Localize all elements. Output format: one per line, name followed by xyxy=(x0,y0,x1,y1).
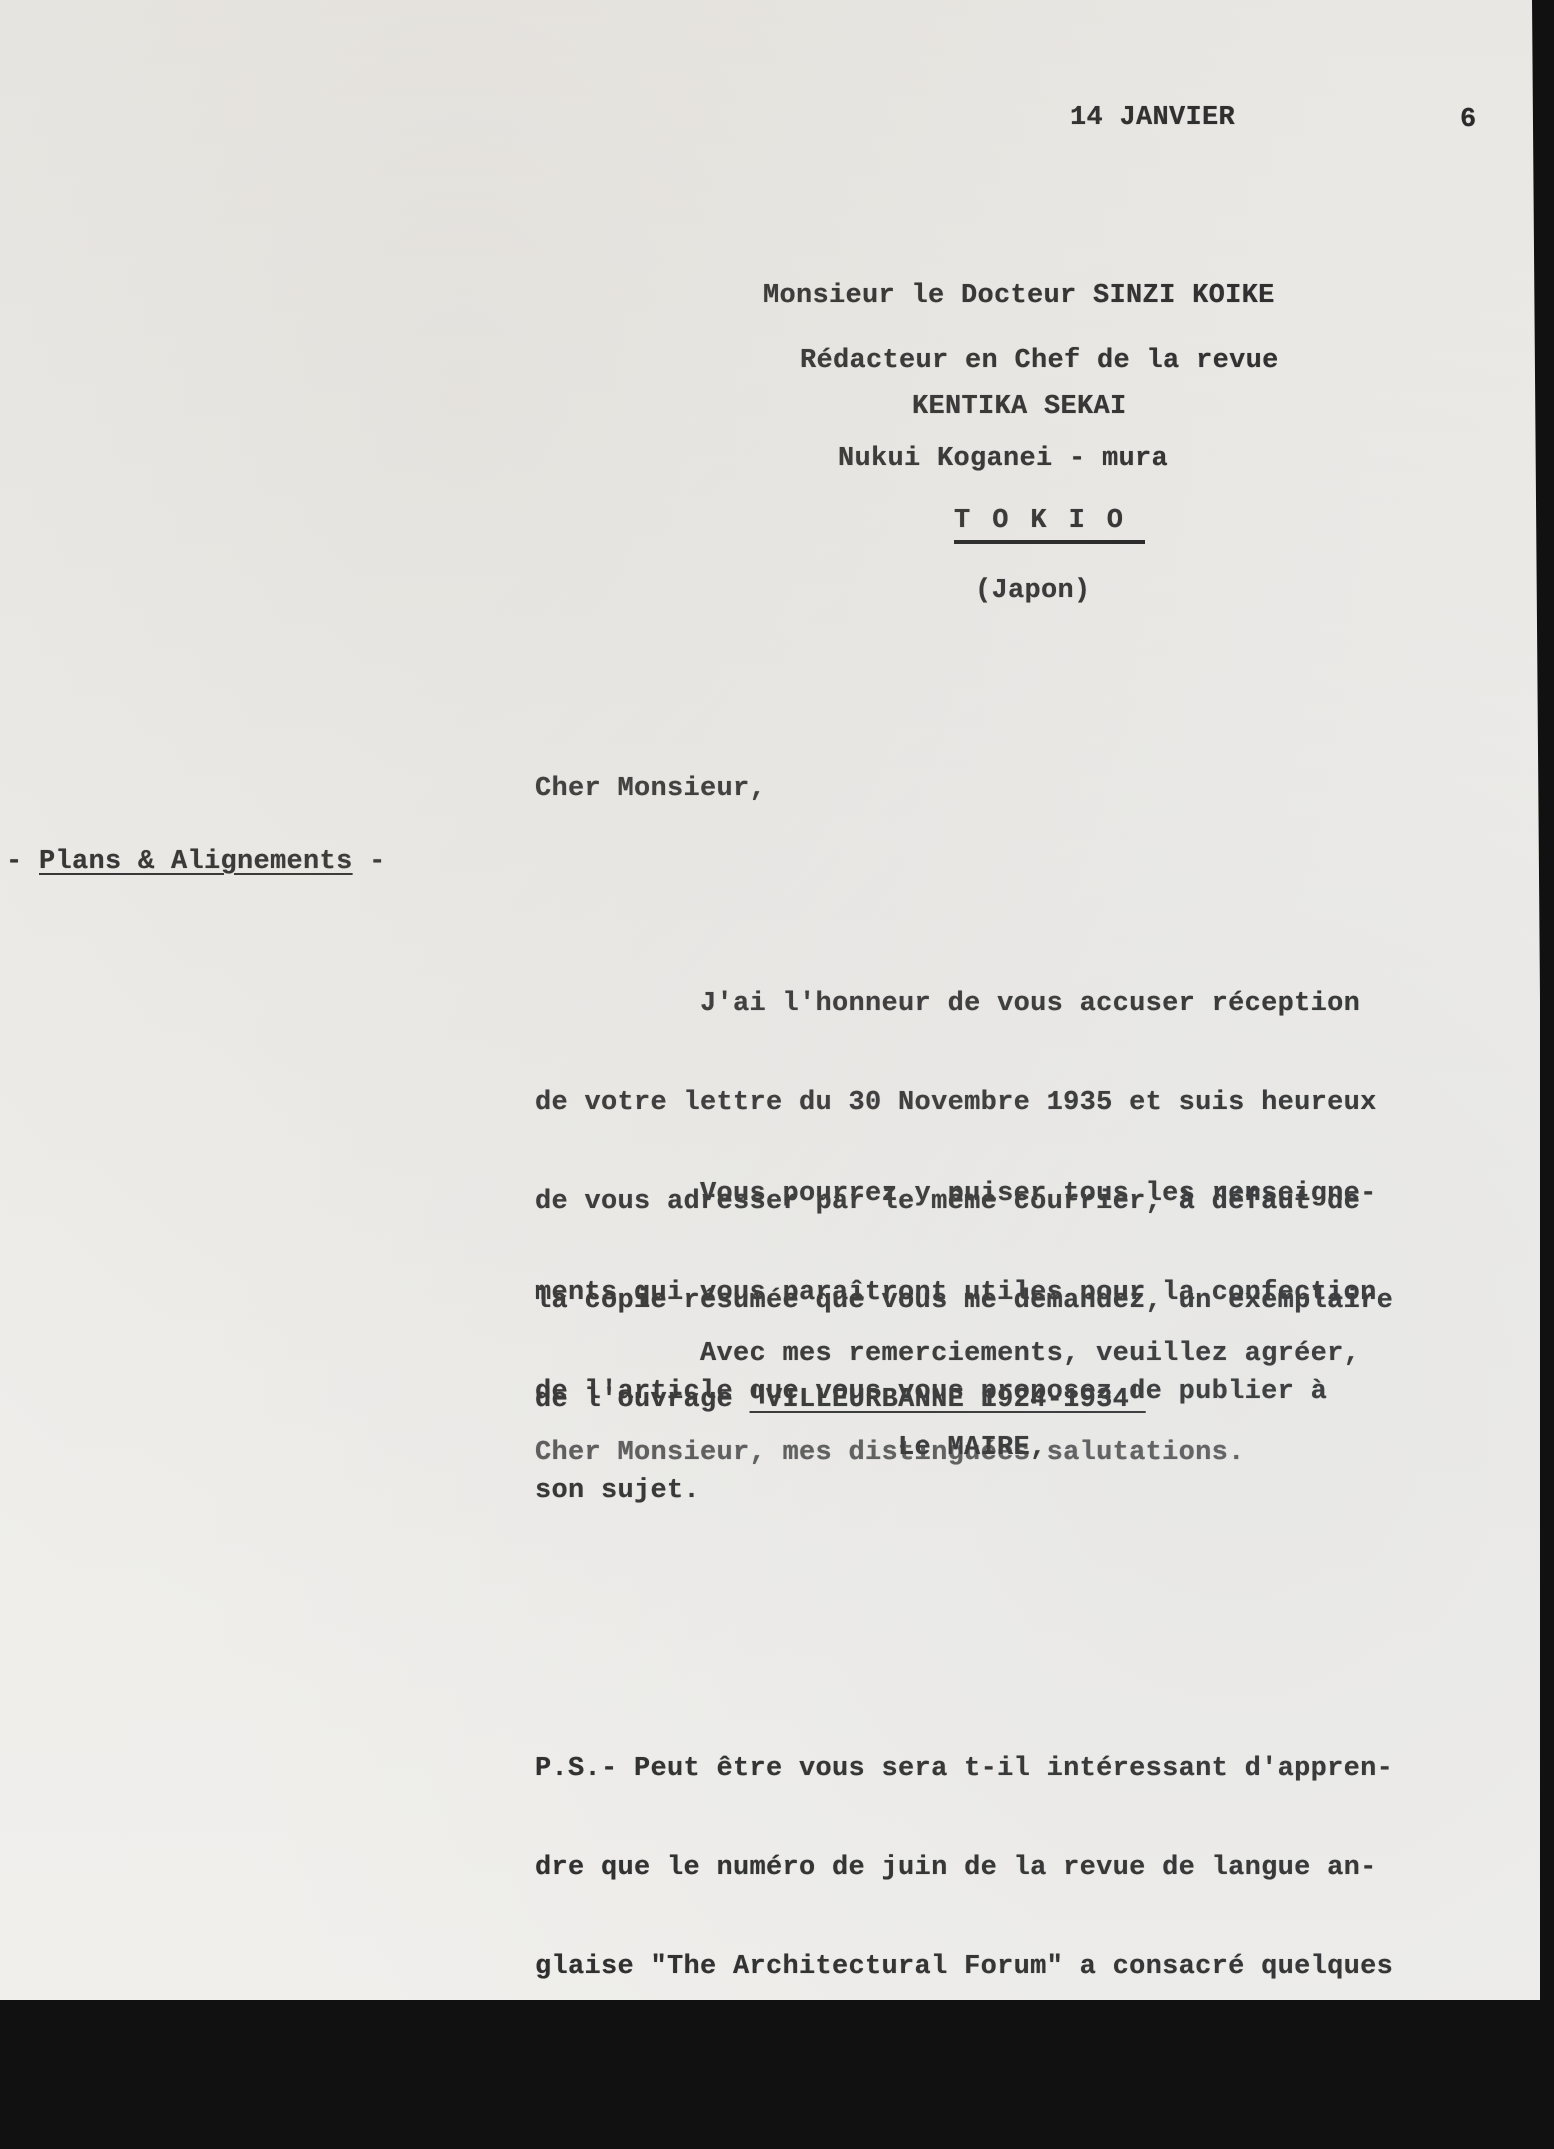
reference-prefix: - xyxy=(6,847,39,877)
body-line: Avec mes remerciements, veuillez agréer, xyxy=(535,1338,1525,1371)
letter-page: 14 JANVIER 6 Monsieur le Docteur SINZI K… xyxy=(0,0,1540,2000)
postscript-line: glaise "The Architectural Forum" a consa… xyxy=(535,1951,1525,1984)
body-line: Vous pourrez y puiser tous les renseigne… xyxy=(535,1178,1525,1211)
body-paragraph-3: Avec mes remerciements, veuillez agréer,… xyxy=(535,1272,1525,1536)
postscript: P.S.- Peut être vous sera t-il intéressa… xyxy=(535,1687,1525,2000)
recipient-city: TOKIO xyxy=(954,505,1145,544)
reference-suffix: - xyxy=(353,847,386,877)
recipient-address: Nukui Koganei - mura xyxy=(838,443,1168,476)
salutation: Cher Monsieur, xyxy=(535,773,766,806)
page-number: 6 xyxy=(1460,104,1477,137)
postscript-line: P.S.- Peut être vous sera t-il intéressa… xyxy=(535,1753,1525,1786)
body-line: J'ai l'honneur de vous accuser réception xyxy=(535,988,1525,1021)
reference-note: - Plans & Alignements - xyxy=(6,846,386,879)
postscript-line: dre que le numéro de juin de la revue de… xyxy=(535,1852,1525,1885)
recipient-title: Rédacteur en Chef de la revue xyxy=(800,345,1279,378)
recipient-publication: KENTIKA SEKAI xyxy=(912,391,1127,424)
signature: Le MAIRE, xyxy=(898,1432,1047,1465)
recipient-name: Monsieur le Docteur SINZI KOIKE xyxy=(763,280,1275,313)
reference-label: Plans & Alignements xyxy=(39,847,353,877)
recipient-country: (Japon) xyxy=(975,575,1091,608)
letter-date: 14 JANVIER xyxy=(1070,102,1235,135)
